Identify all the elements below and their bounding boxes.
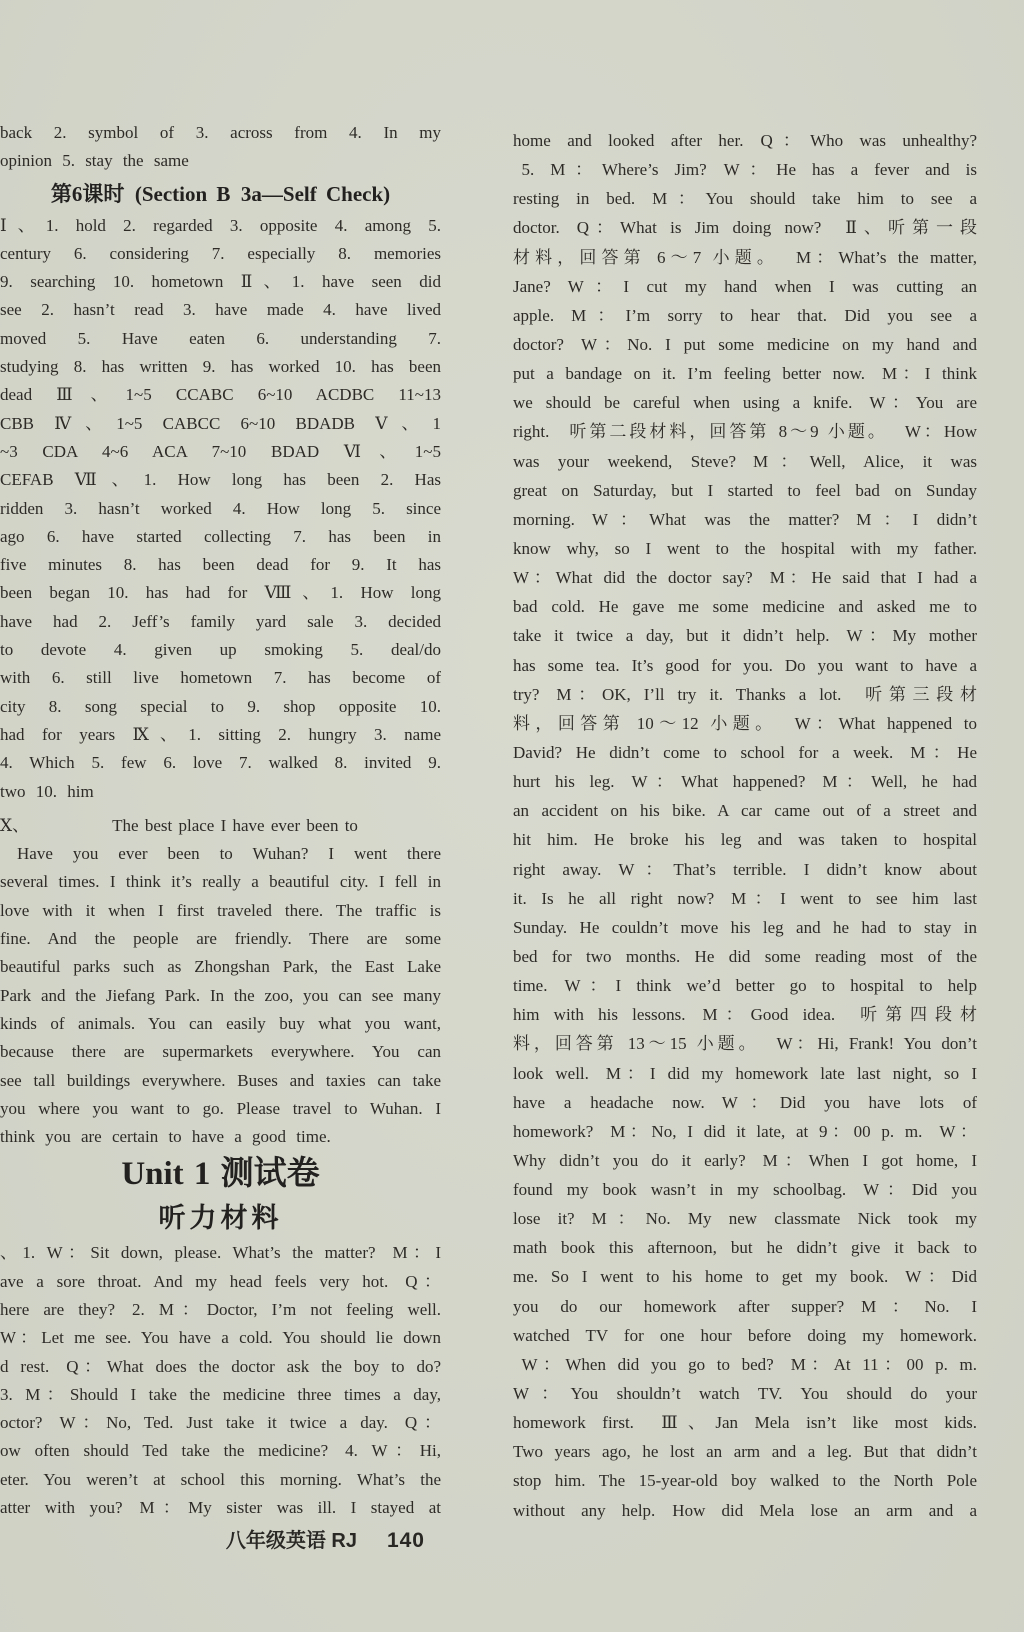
essay-title: The best place I have ever been to [29,812,441,840]
text-line: 料，回答第 13～15 小题。 W：Hi, Frank! You don’t [513,1029,977,1058]
text-line: several times. I think it’s really a bea… [0,868,441,896]
text-line: city 8. song special to 9. shop opposite… [0,693,441,721]
text-line: look well. M：I did my homework late last… [513,1059,977,1088]
text-line: been began 10. has had for Ⅷ、1. How long [0,579,441,607]
text-line: me. So I went to his home to get my book… [513,1262,977,1291]
text-line: have had 2. Jeff’s family yard sale 3. d… [0,608,441,636]
text-line: eter. You weren’t at school this morning… [0,1466,441,1494]
text-line: opinion 5. stay the same [0,147,441,175]
text-line: Ⅰ、1. hold 2. regarded 3. opposite 4. amo… [0,212,441,240]
text-line: d rest. Q：What does the doctor ask the b… [0,1353,441,1381]
essay-title-line: Ⅹ、The best place I have ever been to [0,812,441,840]
text-line: it. Is he all right now? M：I went to see… [513,884,977,913]
text-line: great on Saturday, but I started to feel… [513,476,977,505]
text-line: love with it when I first traveled there… [0,897,441,925]
text-line: two 10. him [0,778,441,806]
page-footer: 八年级英语 RJ140 [0,1526,425,1556]
text-line: right. 听第二段材料，回答第 8～9 小题。 W：How [513,417,977,446]
text-line: math book this afternoon, but he didn’t … [513,1233,977,1262]
text-line: W：When did you go to bed? M：At 11：00 p. … [513,1350,977,1379]
unit-test-heading: Unit 1 测试卷 [0,1151,441,1199]
text-line: fine. And the people are friendly. There… [0,925,441,953]
text-line: beautiful parks such as Zhongshan Park, … [0,953,441,981]
text-line: think you are certain to have a good tim… [0,1123,441,1151]
text-line: century 6. considering 7. especially 8. … [0,240,441,268]
text-line: time. W：I think we’d better go to hospit… [513,971,977,1000]
footer-book-label: 八年级英语 RJ [226,1530,357,1552]
text-line: atter with you? M：My sister was ill. I s… [0,1494,441,1522]
text-line: resting in bed. M：You should take him to… [513,184,977,213]
text-line: to devote 4. given up smoking 5. deal/do [0,636,441,664]
text-line: right away. W：That’s terrible. I didn’t … [513,855,977,884]
text-line: 9. searching 10. hometown Ⅱ、1. have seen… [0,268,441,296]
text-line: see tall buildings everywhere. Buses and… [0,1067,441,1095]
text-line: bad cold. He gave me some medicine and a… [513,592,977,621]
text-line: apple. M：I’m sorry to hear that. Did you… [513,301,977,330]
text-line: you where you want to go. Please travel … [0,1095,441,1123]
text-line: because there are supermarkets everywher… [0,1038,441,1066]
text-line: Why didn’t you do it early? M：When I got… [513,1146,977,1175]
listening-material-heading: 听力材料 [0,1199,441,1239]
text-line: had for years Ⅸ、1. sitting 2. hungry 3. … [0,721,441,749]
text-line: ~3 CDA 4~6 ACA 7~10 BDAD Ⅵ、1~5 [0,438,441,466]
text-line: studying 8. has written 9. has worked 10… [0,353,441,381]
text-line: an accident on his bike. A car came out … [513,796,977,825]
text-line: him with his lessons. M：Good idea. 听第四段材 [513,1000,977,1029]
page-number: 140 [387,1529,425,1552]
text-line: 、1. W：Sit down, please. What’s the matte… [0,1239,441,1267]
text-line: Sunday. He couldn’t move his leg and he … [513,913,977,942]
text-line: know why, so I went to the hospital with… [513,534,977,563]
text-line: ow often should Ted take the medicine? 4… [0,1437,441,1465]
text-line: found my book wasn’t in my schoolbag. W：… [513,1175,977,1204]
text-line: back 2. symbol of 3. across from 4. In m… [0,119,441,147]
text-line: Jane? W：I cut my hand when I was cutting… [513,272,977,301]
text-line: Two years ago, he lost an arm and a leg.… [513,1437,977,1466]
text-line: 材料，回答第 6～7 小题。 M：What’s the matter, [513,243,977,272]
text-line: 3. M：Should I take the medicine three ti… [0,1381,441,1409]
text-line: homework? M：No, I did it late, at 9：00 p… [513,1117,977,1146]
text-line: 料，回答第 10～12 小题。 W：What happened to [513,709,977,738]
text-line: take it twice a day, but it didn’t help.… [513,621,977,650]
text-line: has some tea. It’s good for you. Do you … [513,651,977,680]
text-line: W：Let me see. You have a cold. You shoul… [0,1324,441,1352]
text-line: W：You shouldn’t watch TV. You should do … [513,1379,977,1408]
text-line: see 2. hasn’t read 3. have made 4. have … [0,296,441,324]
text-line: hurt his leg. W：What happened? M：Well, h… [513,767,977,796]
text-line: ridden 3. hasn’t worked 4. How long 5. s… [0,495,441,523]
text-line: homework first. Ⅲ、Jan Mela isn’t like mo… [513,1408,977,1437]
text-line: David? He didn’t come to school for a we… [513,738,977,767]
text-line: Park and the Jiefang Park. In the zoo, y… [0,982,441,1010]
item-marker: Ⅹ、 [0,812,29,840]
text-line: hit him. He broke his leg and was taken … [513,825,977,854]
text-line: doctor. Q：What is Jim doing now? Ⅱ、听第一段 [513,213,977,242]
text-line: try? M：OK, I’ll try it. Thanks a lot. 听第… [513,680,977,709]
text-line: moved 5. Have eaten 6. understanding 7. [0,325,441,353]
text-line: bed for two months. He did some reading … [513,942,977,971]
text-line: you do our homework after supper? M：No. … [513,1292,977,1321]
text-line: home and looked after her. Q：Who was unh… [513,126,977,155]
right-column: home and looked after her. Q：Who was unh… [513,126,977,1525]
text-line: W：What did the doctor say? M：He said tha… [513,563,977,592]
text-line: put a bandage on it. I’m feeling better … [513,359,977,388]
text-line: was your weekend, Steve? M：Well, Alice, … [513,447,977,476]
text-line: lose it? M：No. My new classmate Nick too… [513,1204,977,1233]
text-line: dead Ⅲ、1~5 CCABC 6~10 ACDBC 11~13 [0,381,441,409]
text-line: 4. Which 5. few 6. love 7. walked 8. inv… [0,749,441,777]
text-line: watched TV for one hour before doing my … [513,1321,977,1350]
text-line: octor? W：No, Ted. Just take it twice a d… [0,1409,441,1437]
text-line: without any help. How did Mela lose an a… [513,1496,977,1525]
text-line: morning. W：What was the matter? M：I didn… [513,505,977,534]
text-line: doctor? W：No. I put some medicine on my … [513,330,977,359]
text-line: we should be careful when using a knife.… [513,388,977,417]
text-line: stop him. The 15-year-old boy walked to … [513,1466,977,1495]
text-line: ave a sore throat. And my head feels ver… [0,1268,441,1296]
text-line: kinds of animals. You can easily buy wha… [0,1010,441,1038]
text-line: with 6. still live hometown 7. has becom… [0,664,441,692]
text-line: ago 6. have started collecting 7. has be… [0,523,441,551]
text-line: CBB Ⅳ、1~5 CABCC 6~10 BDADB Ⅴ、1 [0,410,441,438]
lesson-heading: 第6课时 (Section B 3a—Self Check) [0,176,441,212]
text-line: here are they? 2. M：Doctor, I’m not feel… [0,1296,441,1324]
text-line: have a headache now. W：Did you have lots… [513,1088,977,1117]
text-line: 5. M：Where’s Jim? W：He has a fever and i… [513,155,977,184]
text-line: Have you ever been to Wuhan? I went ther… [0,840,441,868]
left-column: back 2. symbol of 3. across from 4. In m… [0,119,441,1522]
text-line: CEFAB Ⅶ、1. How long has been 2. Has [0,466,441,494]
scanned-answer-page: back 2. symbol of 3. across from 4. In m… [0,0,1024,1632]
text-line: five minutes 8. has been dead for 9. It … [0,551,441,579]
